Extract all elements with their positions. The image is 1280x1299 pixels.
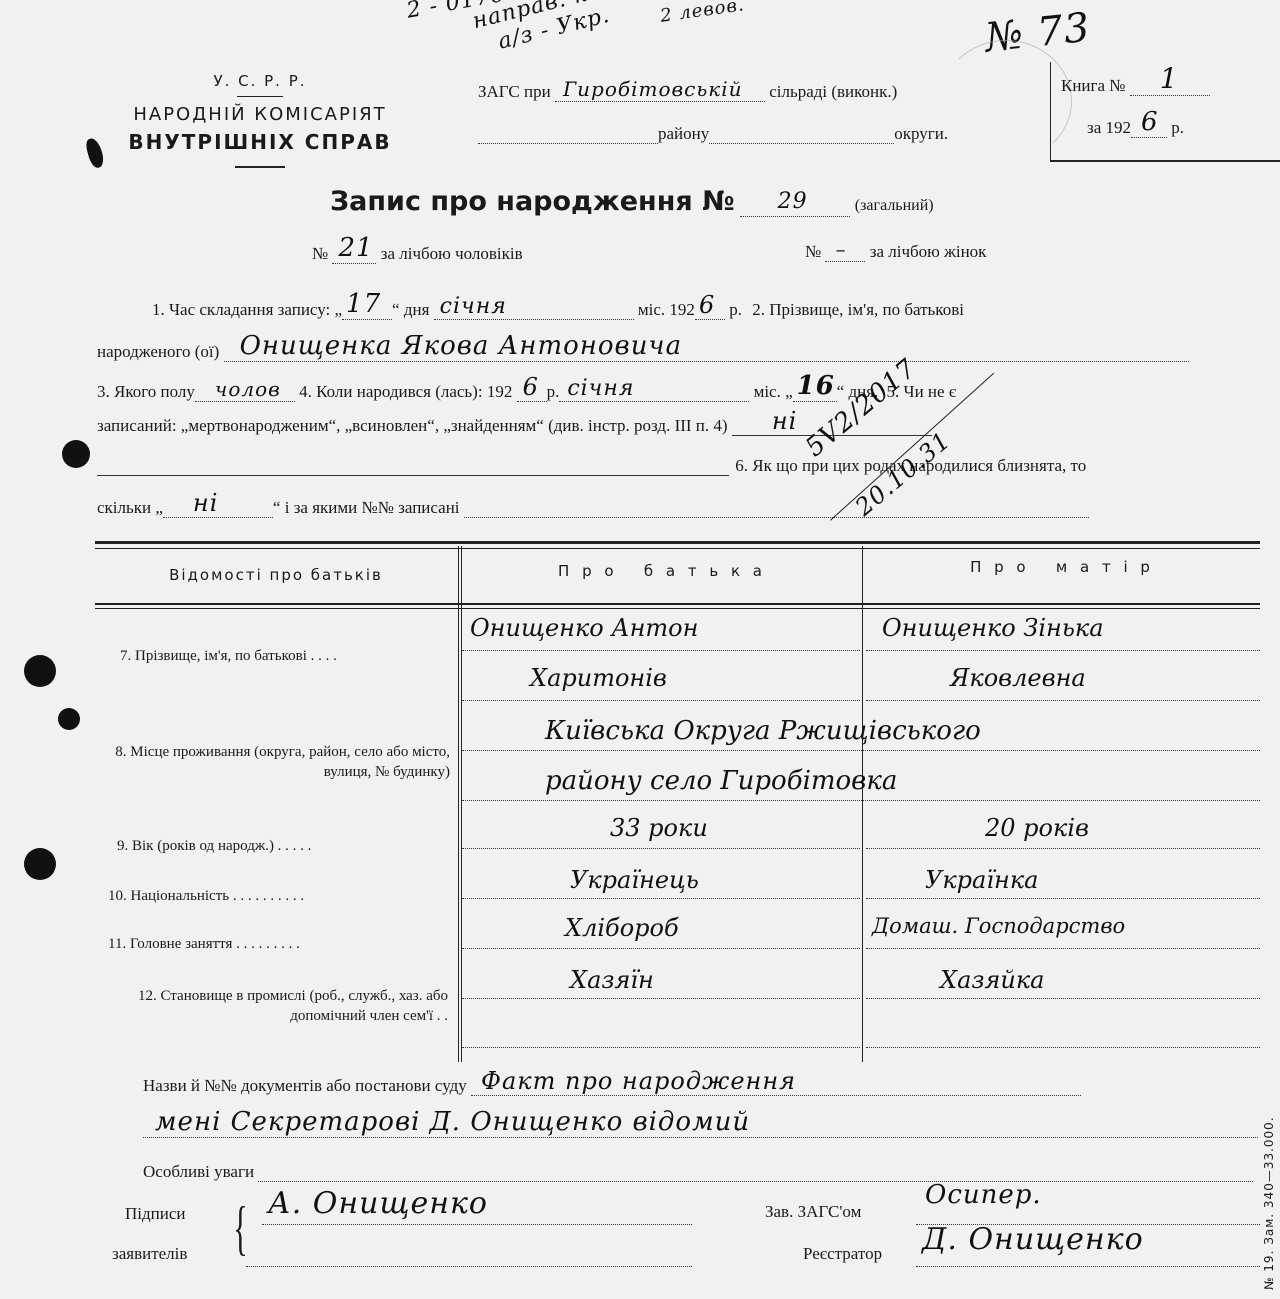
- okruha-field[interactable]: [709, 125, 894, 144]
- year-prefix: за 192: [1087, 118, 1131, 137]
- signatures-brace: {: [233, 1196, 247, 1260]
- f1-year-field[interactable]: 6: [695, 301, 725, 320]
- father-occupation: Хлібороб: [565, 914, 679, 942]
- f1-month-suffix: міс. 192: [638, 300, 695, 319]
- zags-head-signature: Осипер.: [925, 1180, 1042, 1210]
- divider: [235, 166, 285, 170]
- father-line[interactable]: [462, 898, 860, 899]
- commissariat-title: НАРОДНІЙ КОМІСАРІЯТ: [90, 104, 430, 125]
- residence-line[interactable]: [462, 800, 1260, 801]
- raion-label: району: [658, 124, 709, 143]
- birth-day-field[interactable]: 16: [793, 383, 837, 402]
- mother-age: 20 років: [985, 814, 1089, 842]
- row-label-nationality: 10. Національність . . . . . . . . . .: [108, 886, 458, 906]
- women-count: № – за лічбою жінок: [805, 242, 986, 262]
- men-label: за лічбою чоловіків: [381, 244, 523, 263]
- table-col-divider: [458, 546, 462, 1062]
- book-number-field[interactable]: 1: [1130, 77, 1210, 96]
- row-label-occupation: 11. Головне заняття . . . . . . . . .: [108, 934, 458, 954]
- archive-annotation: направ. копія а/з - Укр.: [470, 0, 648, 60]
- mother-line[interactable]: [866, 898, 1260, 899]
- zags-head-label: Зав. ЗАГС'ом: [765, 1202, 861, 1222]
- birth-year-field[interactable]: 6: [517, 383, 547, 402]
- f1-year-suffix: р.: [729, 300, 742, 319]
- father-line[interactable]: [462, 848, 860, 849]
- men-count: № 21 за лічбою чоловіків: [312, 244, 523, 264]
- zags-field[interactable]: Гиробітовській: [555, 83, 765, 102]
- record-number-field[interactable]: 29: [740, 198, 850, 217]
- year-suffix: р.: [1171, 118, 1184, 137]
- title-suffix: (загальний): [855, 197, 934, 214]
- registrar-label: Реєстратор: [803, 1244, 882, 1264]
- mother-line[interactable]: [866, 700, 1260, 701]
- notes-field[interactable]: [258, 1163, 1253, 1182]
- mother-status: Хазяйка: [940, 966, 1044, 994]
- father-nationality: Українець: [570, 866, 699, 894]
- notes-row: Особливі уваги: [143, 1162, 1253, 1182]
- residence-line2: району село Гиробітовка: [545, 766, 897, 796]
- f6-label-cont2: “ і за якими №№ записані: [273, 498, 460, 517]
- father-age: 33 роки: [610, 814, 708, 842]
- print-mark: № 19. Зам. 340—33.000.: [1262, 1116, 1276, 1290]
- father-line[interactable]: [462, 998, 860, 999]
- f4-month-suffix: міс. „: [754, 382, 793, 401]
- okruha-label: округи.: [894, 124, 948, 143]
- mother-line[interactable]: [866, 998, 1260, 999]
- row-label-age: 9. Вік (років од народж.) . . . . .: [117, 836, 467, 856]
- father-line[interactable]: [462, 700, 860, 701]
- women-prefix: №: [805, 242, 821, 261]
- applicant-signature-field[interactable]: [246, 1252, 692, 1267]
- signatures-label-1: Підписи: [125, 1204, 186, 1224]
- punch-hole: [24, 848, 56, 880]
- mother-line[interactable]: [866, 650, 1260, 651]
- sex-field[interactable]: чолов: [195, 383, 295, 402]
- men-prefix: №: [312, 244, 328, 263]
- f1-day-field[interactable]: 17: [342, 301, 392, 320]
- f6-label-cont1: скільки „: [97, 498, 163, 517]
- book-label: Книга №: [1061, 76, 1126, 95]
- table-header-father: П р о б а т ь к а: [462, 562, 862, 580]
- row-label-residence: 8. Місце проживання (округа, район, село…: [110, 742, 450, 782]
- title-text: Запис про народження №: [330, 186, 735, 217]
- father-line[interactable]: [462, 948, 860, 949]
- note-line: 5V2/2017: [800, 353, 923, 463]
- zags-line: ЗАГС при Гиробітовській сільраді (виконк…: [478, 82, 897, 102]
- zags-suffix: сільраді (виконк.): [769, 82, 897, 101]
- f1-day-suffix: “ дня: [392, 300, 429, 319]
- father-name-line1: Онищенко Антон: [470, 614, 698, 642]
- child-name-field[interactable]: Онищенка Якова Антоновича: [224, 343, 1189, 362]
- residence-line[interactable]: [462, 750, 1260, 751]
- father-line[interactable]: [462, 650, 860, 651]
- father-line[interactable]: [462, 1047, 860, 1048]
- field-3-5-row: 3. Якого получолов 4. Коли народився (ла…: [97, 382, 956, 402]
- republic-label: У. С. Р. Р.: [200, 72, 320, 90]
- punch-hole: [62, 440, 90, 468]
- table-top-rule: [95, 541, 1260, 549]
- mother-nationality: Українка: [925, 866, 1038, 894]
- table-header-mother: П р о м а т і р: [864, 558, 1260, 576]
- mother-line[interactable]: [866, 848, 1260, 849]
- diagonal-archive-note: 5V2/2017: [800, 353, 923, 463]
- docs-field-cont[interactable]: мені Секретарові Д. Онищенко відомий: [143, 1119, 1258, 1138]
- women-label: за лічбою жінок: [870, 242, 987, 261]
- notes-label: Особливі уваги: [143, 1162, 254, 1181]
- documents-row-cont: мені Секретарові Д. Онищенко відомий: [143, 1118, 1258, 1138]
- f1-label: 1. Час складання запису: „: [152, 300, 342, 319]
- district-line: районуокруги.: [478, 124, 948, 144]
- father-status: Хазяїн: [570, 966, 654, 994]
- father-name-line2: Харитонів: [530, 664, 667, 692]
- f4-year-suffix: р.: [547, 382, 560, 401]
- zags-prefix: ЗАГС при: [478, 82, 551, 101]
- field-6-cont-row: скільки „ні“ і за якими №№ записані: [97, 498, 1089, 518]
- field-1-row: 1. Час складання запису: „17“ дня січня …: [152, 300, 964, 320]
- status-field-cont[interactable]: [97, 457, 729, 476]
- archive-annotation: 2 левов.: [659, 0, 746, 27]
- row-label-status: 12. Становище в промислі (роб., служб., …: [108, 986, 448, 1026]
- mother-name-line1: Онищенко Зінька: [882, 614, 1104, 642]
- docs-field[interactable]: Факт про народження: [471, 1077, 1081, 1096]
- f5-label-cont: записаний: „мертвонародженим“, „всиновле…: [97, 416, 728, 435]
- registrar-signature: Д. Онищенко: [922, 1222, 1144, 1257]
- documents-row: Назви й №№ документів або постанови суду…: [143, 1076, 1081, 1096]
- mother-line[interactable]: [866, 1047, 1260, 1048]
- f4-label: 4. Коли народився (лась): 192: [299, 382, 512, 401]
- book-box: Книга № 1 за 1926 р.: [1050, 62, 1280, 162]
- f2-label-cont: народженого (ої): [97, 342, 219, 361]
- f3-label: 3. Якого полу: [97, 382, 195, 401]
- table-header-info: Відомості про батьків: [95, 566, 457, 584]
- f1-month-field[interactable]: січня: [434, 301, 634, 320]
- mother-occupation: Домаш. Господарство: [872, 914, 1125, 938]
- table-header-rule: [95, 603, 1260, 609]
- residence-line1: Київська Округа Ржищівського: [545, 716, 981, 746]
- twins-count-field[interactable]: ні: [163, 499, 273, 518]
- row-label-name: 7. Прізвище, ім'я, по батькові . . . .: [120, 646, 470, 666]
- punch-hole: [24, 655, 56, 687]
- birth-month-field[interactable]: січня: [559, 383, 749, 402]
- table-col-divider: [862, 546, 863, 1062]
- f2-label: 2. Прізвище, ім'я, по батькові: [752, 300, 964, 319]
- punch-hole: [58, 708, 80, 730]
- commissariat-subtitle: ВНУТРІШНІХ СПРАВ: [90, 130, 430, 154]
- mother-name-line2: Яковлевна: [950, 664, 1086, 692]
- women-number-field[interactable]: –: [825, 243, 865, 262]
- docs-label: Назви й №№ документів або постанови суду: [143, 1076, 467, 1095]
- applicant-signature: А. Онищенко: [268, 1186, 488, 1221]
- book-year-field[interactable]: 6: [1131, 119, 1167, 138]
- raion-field[interactable]: [478, 125, 658, 144]
- divider: [237, 96, 283, 97]
- mother-line[interactable]: [866, 948, 1260, 949]
- field-2-row: народженого (ої) Онищенка Якова Антонови…: [97, 342, 1189, 362]
- men-number-field[interactable]: 21: [332, 245, 376, 264]
- record-title: Запис про народження № 29 (загальний): [330, 186, 934, 217]
- twins-records-field[interactable]: [464, 499, 1089, 518]
- signatures-label-2: заявителів: [112, 1244, 187, 1264]
